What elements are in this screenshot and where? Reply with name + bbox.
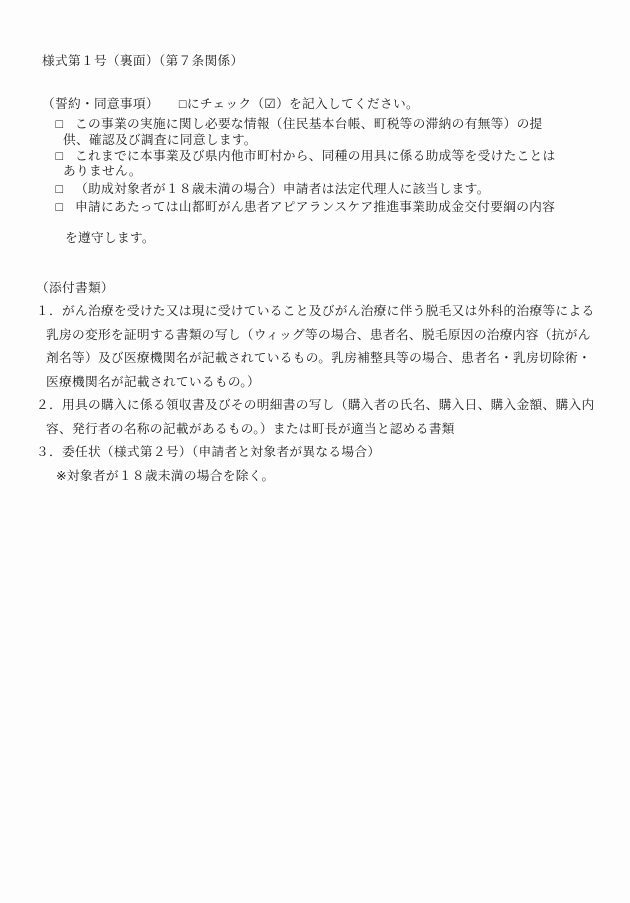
pledge-item-1: □この事業の実施に関し必要な情報（住民基本台帳、町税等の滞納の有無等）の提 — [42, 117, 596, 133]
pledge-item-4: □申請にあたっては山都町がん患者アピアランスケア推進事業助成金交付要綱の内容 — [42, 200, 596, 216]
pledge-section-header: （誓約・同意事項）□にチェック（☑）を記入してください。 — [42, 96, 596, 112]
attachment-item-3-note: ※対象者が１８歳未満の場合を除く。 — [36, 465, 596, 489]
pledge-section-title: （誓約・同意事項） — [42, 97, 159, 111]
attachments-section-title: （添付書類） — [36, 277, 596, 301]
pledge-item-1-text-cont: 供、確認及び調査に同意します。 — [42, 133, 596, 149]
attachment-item-1-line-4: 医療機関名が記載されているもの。） — [36, 371, 596, 395]
attachment-item-1-line-1: １．がん治療を受けた又は現に受けていること及びがん治療に伴う脱毛又は外科的治療等… — [36, 300, 596, 324]
pledge-checkbox-3[interactable]: □ — [53, 182, 66, 198]
pledge-checkbox-2[interactable]: □ — [53, 149, 66, 165]
attachment-item-3-line-1: ３．委任状（様式第２号）（申請者と対象者が異なる場合） — [36, 441, 596, 465]
checkbox-instruction: □にチェック（☑）を記入してください。 — [179, 97, 419, 111]
attachment-item-2-line-1: ２．用具の購入に係る領収書及びその明細書の写し（購入者の氏名、購入日、購入金額、… — [36, 394, 596, 418]
attachment-item-2-line-2: 容、発行者の名称の記載があるもの。）または町長が適当と認める書類 — [36, 418, 596, 442]
attachment-item-1-line-3: 剤名等）及び医療機関名が記載されているもの。乳房補整具等の場合、患者名・乳房切除… — [36, 347, 596, 371]
attachments-section: （添付書類） １．がん治療を受けた又は現に受けていること及びがん治療に伴う脱毛又… — [36, 277, 596, 489]
pledge-checkbox-4[interactable]: □ — [53, 200, 66, 216]
pledge-item-3-text: （助成対象者が１８歳未満の場合）申請者は法定代理人に該当します。 — [75, 182, 490, 196]
pledge-item-2-text-cont: ありません。 — [42, 164, 596, 180]
pledge-item-4-text: 申請にあたっては山都町がん患者アピアランスケア推進事業助成金交付要綱の内容 — [75, 200, 555, 214]
form-page: 様式第１号（裏面）（第７条関係） （誓約・同意事項）□にチェック（☑）を記入して… — [0, 0, 630, 903]
pledge-list: □この事業の実施に関し必要な情報（住民基本台帳、町税等の滞納の有無等）の提 供、… — [42, 117, 596, 247]
pledge-item-2: □これまでに本事業及び県内他市町村から、同種の用具に係る助成等を受けたことは — [42, 149, 596, 165]
attachment-item-1-line-2: 乳房の変形を証明する書類の写し（ウィッグ等の場合、患者名、脱毛原因の治療内容（抗… — [36, 324, 596, 348]
pledge-item-4-text-cont: を遵守します。 — [42, 231, 596, 247]
pledge-checkbox-1[interactable]: □ — [53, 117, 66, 133]
pledge-item-1-text: この事業の実施に関し必要な情報（住民基本台帳、町税等の滞納の有無等）の提 — [75, 117, 543, 131]
pledge-item-2-text: これまでに本事業及び県内他市町村から、同種の用具に係る助成等を受けたことは — [75, 149, 556, 163]
form-number-header: 様式第１号（裏面）（第７条関係） — [42, 53, 596, 69]
pledge-item-3: □（助成対象者が１８歳未満の場合）申請者は法定代理人に該当します。 — [42, 182, 596, 198]
